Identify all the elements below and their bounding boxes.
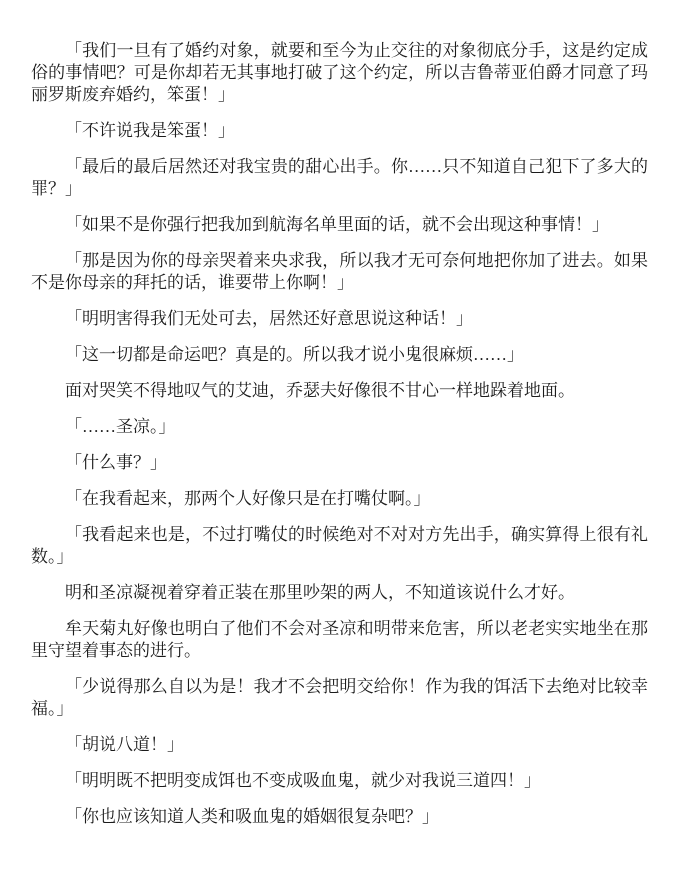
paragraph: 明和圣凉凝视着穿着正装在那里吵架的两人，不知道该说什么才好。	[31, 582, 648, 604]
paragraph: 牟天菊丸好像也明白了他们不会对圣凉和明带来危害，所以老老实实地坐在那里守望着事态…	[31, 618, 648, 662]
paragraph: 「胡说八道！」	[31, 734, 648, 756]
paragraph: 「我看起来也是，不过打嘴仗的时候绝对不对对方先出手，确实算得上很有礼数。」	[31, 524, 648, 568]
paragraph: 「最后的最后居然还对我宝贵的甜心出手。你……只不知道自己犯下了多大的罪？」	[31, 156, 648, 200]
paragraph: 「我们一旦有了婚约对象，就要和至今为止交往的对象彻底分手，这是约定成俗的事情吧？…	[31, 40, 648, 106]
paragraph: 「不许说我是笨蛋！」	[31, 120, 648, 142]
paragraph: 「什么事？」	[31, 452, 648, 474]
paragraph: 「明明既不把明变成饵也不变成吸血鬼，就少对我说三道四！」	[31, 770, 648, 792]
paragraph: 「……圣凉。」	[31, 416, 648, 438]
novel-text-body: 「我们一旦有了婚约对象，就要和至今为止交往的对象彻底分手，这是约定成俗的事情吧？…	[31, 40, 648, 828]
paragraph: 「那是因为你的母亲哭着来央求我，所以我才无可奈何地把你加了进去。如果不是你母亲的…	[31, 250, 648, 294]
paragraph: 「如果不是你强行把我加到航海名单里面的话，就不会出现这种事情！」	[31, 214, 648, 236]
paragraph: 「少说得那么自以为是！我才不会把明交给你！作为我的饵活下去绝对比较幸福。」	[31, 676, 648, 720]
paragraph: 「明明害得我们无处可去，居然还好意思说这种话！」	[31, 308, 648, 330]
document-page: 「我们一旦有了婚约对象，就要和至今为止交往的对象彻底分手，这是约定成俗的事情吧？…	[0, 0, 680, 880]
paragraph: 面对哭笑不得地叹气的艾迪，乔瑟夫好像很不甘心一样地跺着地面。	[31, 380, 648, 402]
paragraph: 「这一切都是命运吧？真是的。所以我才说小鬼很麻烦……」	[31, 344, 648, 366]
paragraph: 「在我看起来，那两个人好像只是在打嘴仗啊。」	[31, 488, 648, 510]
paragraph: 「你也应该知道人类和吸血鬼的婚姻很复杂吧？」	[31, 806, 648, 828]
